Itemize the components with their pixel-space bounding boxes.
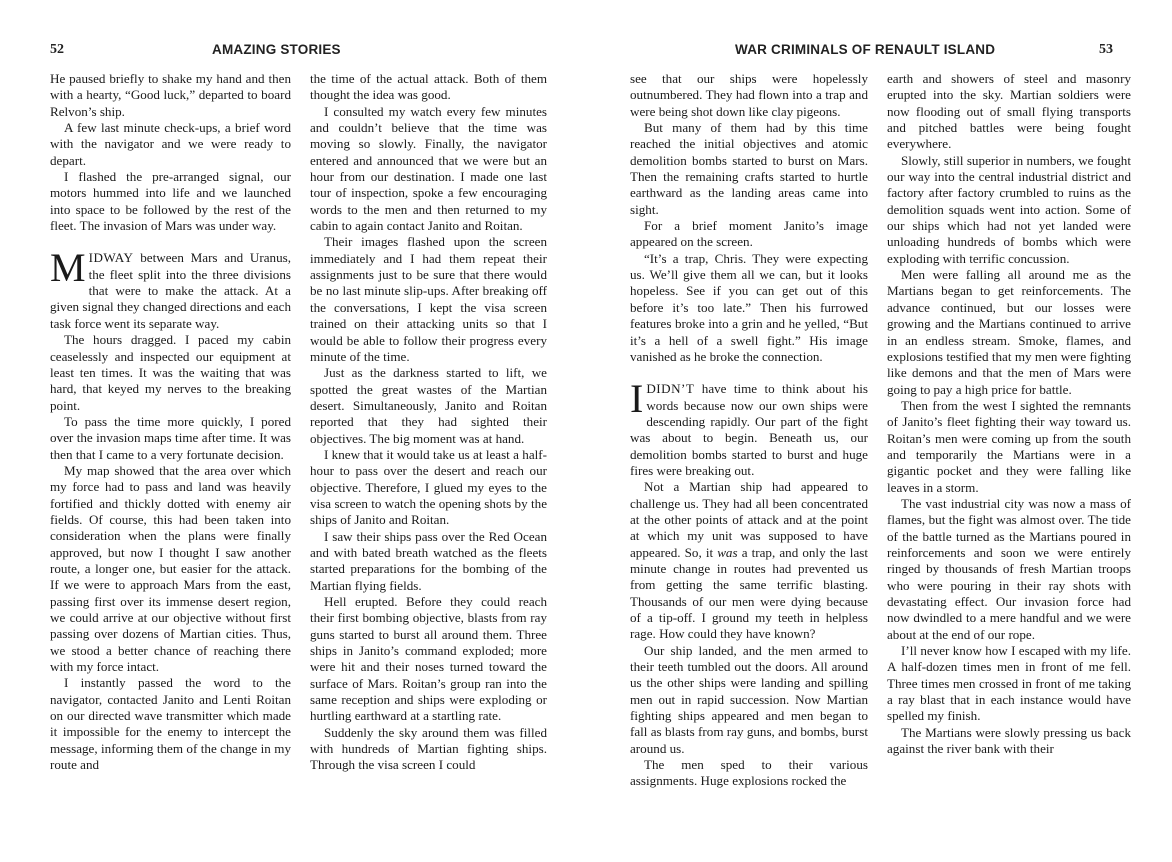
- paragraph: Then from the west I sighted the remnant…: [887, 398, 1131, 496]
- paragraph: “It’s a trap, Chris. They were expecting…: [630, 251, 868, 365]
- paragraph: The hours dragged. I paced my cabin ceas…: [50, 332, 291, 414]
- paragraph: The vast industrial city was now a mass …: [887, 496, 1131, 643]
- paragraph: Hell erupted. Before they could reach th…: [310, 594, 547, 725]
- paragraph: Our ship landed, and the men armed to th…: [630, 643, 868, 757]
- paragraph: He paused briefly to shake my hand and t…: [50, 71, 291, 120]
- paragraph: Their images flashed upon the screen imm…: [310, 234, 547, 365]
- paragraph: I flashed the pre-arranged signal, our m…: [50, 169, 291, 234]
- paragraph: Men were falling all around me as the Ma…: [887, 267, 1131, 398]
- text-column: earth and showers of steel and masonry e…: [887, 71, 1131, 757]
- running-head: WAR CRIMINALS OF RENAULT ISLAND 53: [590, 42, 1172, 62]
- paragraph: The men sped to their various assignment…: [630, 757, 868, 790]
- magazine-spread: 52 AMAZING STORIES He paused briefly to …: [0, 0, 1172, 862]
- story-title: WAR CRIMINALS OF RENAULT ISLAND: [735, 42, 995, 57]
- running-head: 52 AMAZING STORIES: [0, 42, 590, 62]
- text-column: see that our ships were hopelessly outnu…: [630, 71, 868, 790]
- drop-cap: I: [630, 381, 643, 414]
- right-page: WAR CRIMINALS OF RENAULT ISLAND 53 see t…: [590, 0, 1172, 862]
- paragraph: Suddenly the sky around them was filled …: [310, 725, 547, 774]
- paragraph: I consulted my watch every few minutes a…: [310, 104, 547, 235]
- paragraph: I knew that it would take us at least a …: [310, 447, 547, 529]
- text-column: He paused briefly to shake my hand and t…: [50, 71, 291, 773]
- emphasized-word: was: [717, 545, 737, 560]
- paragraph: earth and showers of steel and masonry e…: [887, 71, 1131, 153]
- paragraph: A few last minute check-ups, a brief wor…: [50, 120, 291, 169]
- paragraph: see that our ships were hopelessly outnu…: [630, 71, 868, 120]
- left-page: 52 AMAZING STORIES He paused briefly to …: [0, 0, 590, 862]
- drop-cap: M: [50, 250, 86, 283]
- text-column: the time of the actual attack. Both of t…: [310, 71, 547, 774]
- paragraph: I saw their ships pass over the Red Ocea…: [310, 529, 547, 594]
- page-number: 53: [1099, 42, 1113, 58]
- paragraph-text: between Mars and Uranus, the fleet split…: [50, 250, 291, 330]
- paragraph: The Martians were slowly pressing us bac…: [887, 725, 1131, 758]
- paragraph: Slowly, still superior in numbers, we fo…: [887, 153, 1131, 267]
- page-number: 52: [50, 42, 64, 58]
- lead-in-caps: DIDN’T: [646, 381, 694, 396]
- magazine-title: AMAZING STORIES: [212, 42, 341, 57]
- section-opening-paragraph: I DIDN’T have time to think about his wo…: [630, 381, 868, 479]
- paragraph: But many of them had by this time reache…: [630, 120, 868, 218]
- paragraph: I instantly passed the word to the navig…: [50, 675, 291, 773]
- paragraph: Just as the darkness started to lift, we…: [310, 365, 547, 447]
- paragraph: For a brief moment Janito’s image appear…: [630, 218, 868, 251]
- paragraph: To pass the time more quickly, I pored o…: [50, 414, 291, 463]
- paragraph: I’ll never know how I escaped with my li…: [887, 643, 1131, 725]
- section-opening-paragraph: MIDWAY between Mars and Uranus, the flee…: [50, 250, 291, 332]
- paragraph: Not a Martian ship had appeared to chall…: [630, 479, 868, 642]
- paragraph: My map showed that the area over which m…: [50, 463, 291, 675]
- paragraph: the time of the actual attack. Both of t…: [310, 71, 547, 104]
- lead-in-caps: IDWAY: [89, 250, 134, 265]
